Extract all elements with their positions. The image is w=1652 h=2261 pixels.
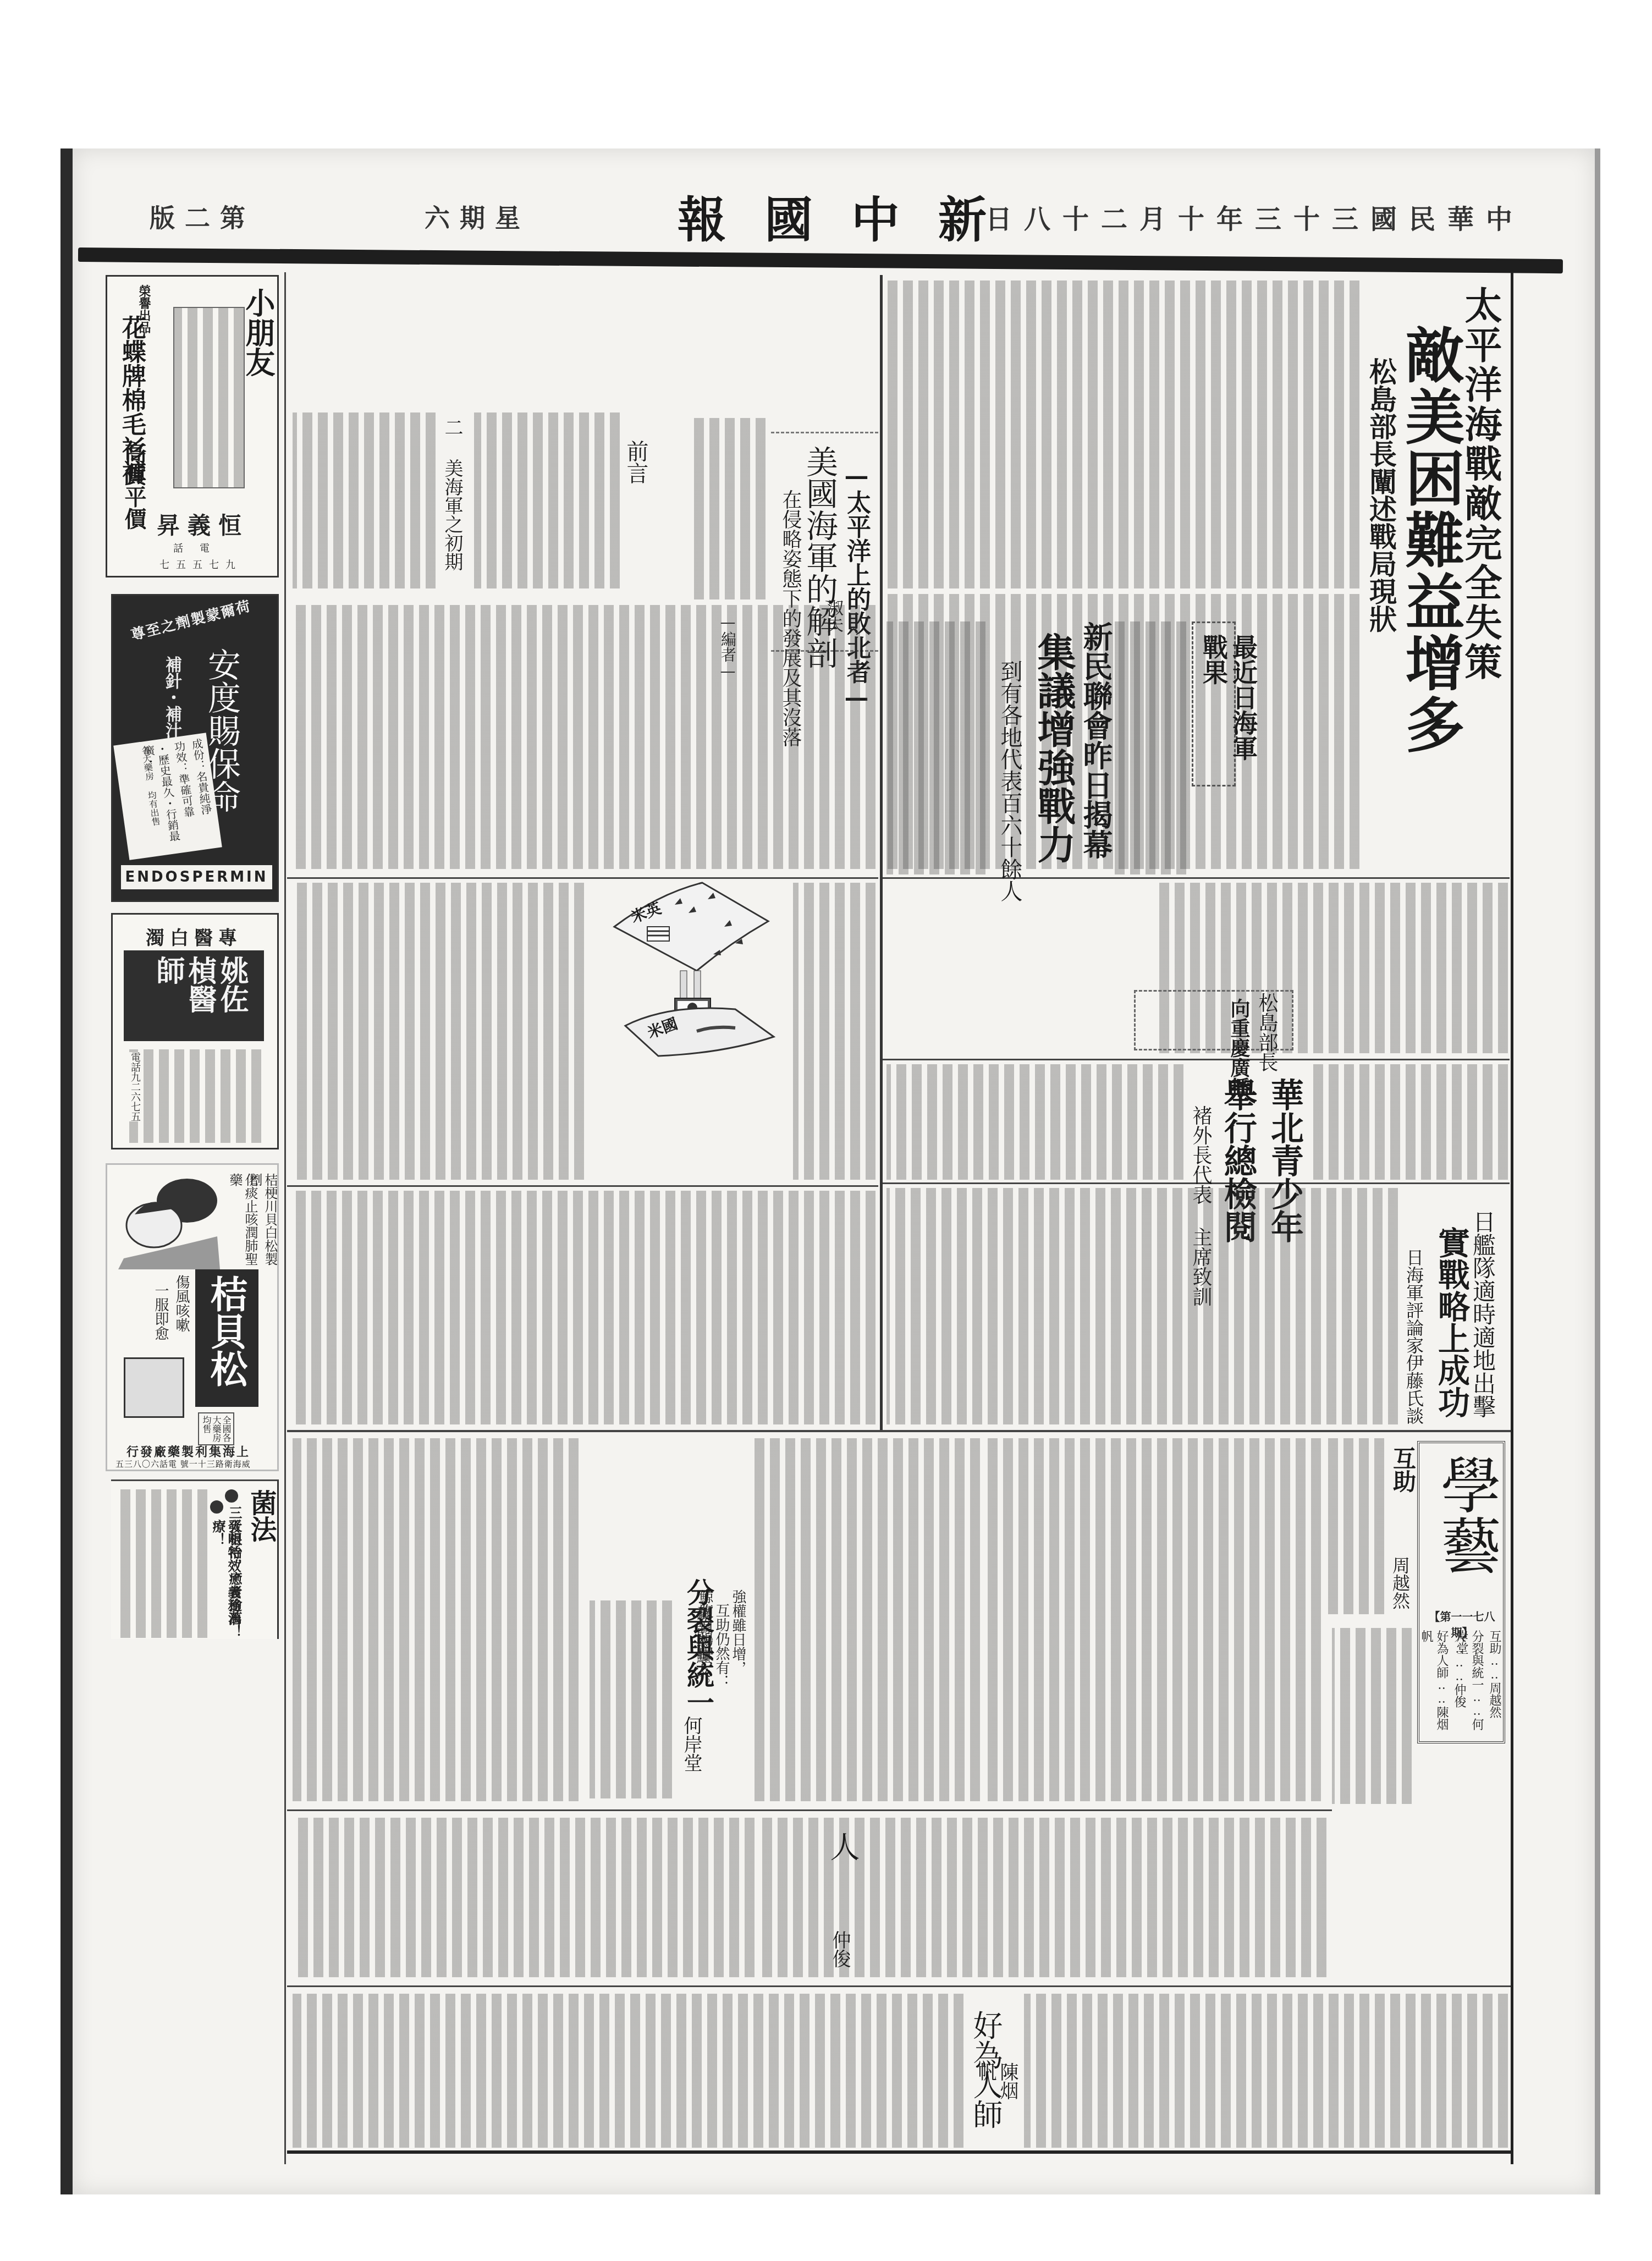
rule-lower-left (287, 1185, 878, 1187)
right-border-rule (1511, 272, 1513, 2164)
navy-results-box: 最近日海軍戰果 (1192, 621, 1236, 786)
feature-body-right-of-cartoon (793, 883, 875, 1180)
poem-line: 強權雖日增， (730, 1589, 746, 1675)
section-preface: 前言 (623, 440, 649, 484)
poem-line: 互助仍然有： (713, 1603, 730, 1689)
broadcast-kicker: 松島部長 (1255, 993, 1278, 1072)
lead-headline: 敵美困難益增多 (1398, 324, 1462, 756)
ad-claim-line: 傷風咳嗽 (173, 1275, 190, 1332)
ad-doctor-phone: 電話九二六七五 (129, 1052, 140, 1121)
rule-upper-right (883, 877, 1510, 879)
ad-knitwear-phone-label: 電話 (173, 541, 226, 555)
center-column-rule (880, 275, 883, 1430)
sortie-kicker: 日艦隊適時適地出擊 (1469, 1210, 1496, 1418)
navy-results-headline: 最近日海軍戰果 (1199, 634, 1258, 785)
ad-endospermin-forms: 補針・補汁 (162, 656, 181, 739)
article-division-body (590, 1600, 672, 1798)
ad-endospermin-points: 成份：名貴純淨 功效：準確可靠 ・歷史最久・行銷最廣・ 各大藥房 均有出售 (113, 733, 222, 860)
ad-knitwear-body (173, 307, 245, 488)
xinmin-subhead: 集議增強戰力 (1032, 632, 1075, 863)
date-label: 中華民國三十三年十月二十八日 (985, 198, 1524, 236)
ad-knitwear-tagline: 高貨平價 (121, 442, 146, 530)
article-teacher-prev-body (1024, 1994, 1508, 2148)
supplement-name: 學藝 (1430, 1454, 1502, 1575)
ad-endospermin-slogan: 荷爾蒙製劑之至尊 (129, 595, 253, 644)
masthead-rule (78, 247, 1563, 273)
bullet-icon (225, 1489, 238, 1503)
rule-supplement-mid (287, 1809, 1332, 1811)
article-division-prev-body (755, 1438, 980, 1801)
ad-jiebeisong-brand: 桔貝松 (205, 1275, 247, 1387)
section-rule-supplement (287, 1430, 1511, 1432)
youth-body (886, 1064, 1183, 1180)
ad-cure-body (119, 1489, 207, 1638)
ad-knitwear: 小朋友 榮譽出品 花蝶牌棉毛衫褲 一律 高貨平價 恒義昇 電話 九七五五七 (106, 275, 279, 577)
ad-doctor-name-plate: 姚佐楨醫師 (124, 950, 264, 1041)
ad-jiebeisong-brand-plate: 桔貝松 (195, 1269, 258, 1407)
ad-doctor-title: 專醫白濁 (146, 923, 243, 950)
ad-desc-line: 化痰止咳潤肺聖藥 (227, 1173, 258, 1272)
article-division-author: 何岸堂 (680, 1716, 702, 1772)
ad-endospermin-brand-en: ENDOSPERMIN (121, 865, 272, 889)
ad-jiebeisong: 桔梗川貝白松製劑 化痰止咳潤肺聖藥 桔貝松 傷風咳嗽 一服即愈 全國各大藥房均售… (106, 1163, 279, 1471)
sortie-detail: 日海軍評論家伊藤氏談 (1403, 1248, 1424, 1424)
war-cartoon-illustration: 米英 米國 (592, 861, 790, 1059)
article-mutual-aid-title: 互助 (1390, 1446, 1416, 1493)
article-mutual-aid-intro (1326, 1438, 1384, 1614)
edition-label: 第二版 (150, 198, 255, 234)
article-teacher-author: 陳烟帆 (974, 2062, 1018, 2106)
rule-mid-right (883, 1059, 1510, 1060)
bullet-icon (210, 1500, 223, 1514)
article-teacher-body (293, 1994, 963, 2148)
ad-doctor-body (129, 1049, 261, 1143)
rule-lower-supplement (287, 1985, 1511, 1987)
article-mutual-aid-body (985, 1438, 1321, 1801)
sortie-headline: 實戰略上成功 (1434, 1226, 1469, 1418)
poem-line: 鷸鵠為鱷友。 (694, 1606, 711, 1692)
ad-cure-title: 白濁閃電噬菌法 (246, 1489, 279, 1639)
ad-jiebeisong-desc: 桔梗川貝白松製劑 化痰止咳潤肺聖藥 (231, 1173, 278, 1272)
ad-gonorrhea-cure: 白濁閃電噬菌法 三天根治，癒者逾萬！ 發明特效，義務治療！ (111, 1479, 279, 1639)
ad-jiebeisong-address: 威海衛路三十一號 電話六〇八三五 (115, 1458, 251, 1470)
xinmin-detail: 到有各地代表百六十餘人 (996, 660, 1023, 902)
article-human-body (293, 1818, 755, 1977)
sortie-body (886, 1188, 1398, 1424)
toc-item[interactable]: 互助‥‥周越然 (1486, 1630, 1502, 1718)
feature-preface-body (474, 412, 620, 588)
medicine-box-icon (124, 1357, 184, 1418)
newspaper-page: 第二版 星期六 新中國報 中華民國三十三年十月二十八日 太平洋海戰敵完全失策 敵… (60, 148, 1600, 2194)
navy-results-body (1115, 621, 1186, 874)
feature-intro (689, 418, 766, 599)
masthead: 第二版 星期六 新中國報 中華民國三十三年十月二十八日 (84, 181, 1579, 247)
weekday-label: 星期六 (425, 198, 530, 234)
article-division-body-cont (293, 1438, 579, 1801)
ad-column-rule (284, 272, 286, 2164)
woman-coughing-illustration (113, 1170, 223, 1269)
ad-knitwear-phone: 九七五五七 (159, 557, 242, 571)
article-human-title: 人 (826, 1831, 859, 1861)
article-mutual-aid-author: 周越然 (1390, 1556, 1411, 1609)
xinmin-body (886, 621, 985, 874)
feature-body-row2 (293, 605, 875, 869)
feature-early-body (293, 412, 436, 588)
ad-doctor: 專醫白濁 姚佐楨醫師 電話九二六七五 (111, 913, 279, 1149)
feature-body-row4 (293, 1191, 875, 1424)
ad-endospermin: 荷爾蒙製劑之至尊 安度賜保命 補針・補汁 成份：名貴純淨 功效：準確可靠 ・歷史… (111, 594, 279, 902)
lead-kicker: 太平洋海戰敵完全失策 (1458, 286, 1502, 682)
lead-body-upper (886, 280, 1359, 588)
article-human-author: 仲俊 (829, 1930, 851, 1968)
youth-body-right (1310, 1064, 1508, 1180)
ad-cure-claim: 發明特效，義務治療！ (210, 1520, 241, 1639)
rule-bottom (287, 2150, 1511, 2154)
paper-title: 新中國報 (678, 181, 1025, 251)
lead-subhead: 松島部長闡述戰局現狀 (1365, 357, 1397, 632)
toc-item[interactable]: 人‥‥‥仲俊 (1451, 1630, 1467, 1708)
supplement-masthead-box: 學藝 【第一一七八期】 互助‥‥周越然 分裂與統一‥‥何岸堂 人‥‥‥仲俊 好為… (1417, 1441, 1505, 1743)
section-early-navy: 二 美海軍之初期 (441, 418, 463, 571)
supplement-toc: 互助‥‥周越然 分裂與統一‥‥何岸堂 人‥‥‥仲俊 好為人師‥‥陳烟帆 (1425, 1630, 1502, 1740)
ad-jiebeisong-availability: 全國各大藥房均售 (198, 1412, 234, 1445)
toc-item[interactable]: 好為人師‥‥陳烟帆 (1418, 1630, 1449, 1740)
ad-knitwear-shop: 恒義昇 (157, 508, 249, 541)
xinmin-headline: 新民聯會昨日揭幕 (1079, 621, 1113, 859)
ad-jiebeisong-maker: 上海集利製藥廠發行 (126, 1443, 250, 1460)
ad-jiebeisong-claim: 傷風咳嗽 一服即愈 (140, 1275, 190, 1352)
article-mutual-aid-cont (1332, 1628, 1412, 1804)
ad-knitwear-corner: 小朋友 (242, 288, 275, 377)
feature-body-left-of-cartoon (293, 883, 584, 1180)
ad-claim-line: 一服即愈 (152, 1283, 169, 1340)
ad-doctor-name: 姚佐楨醫師 (152, 956, 247, 1041)
